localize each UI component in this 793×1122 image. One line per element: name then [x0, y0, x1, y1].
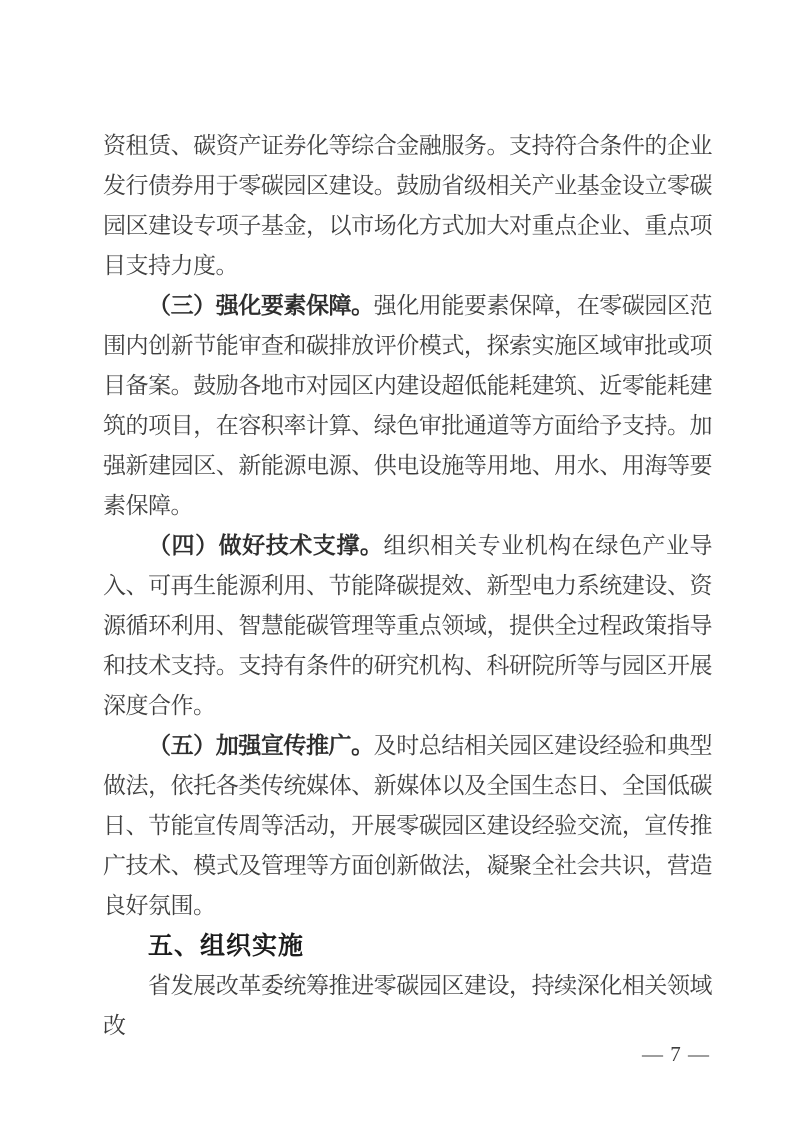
document-page: 资租赁、碳资产证券化等综合金融服务。支持符合条件的企业发行债券用于零碳园区建设。…: [0, 0, 793, 1122]
paragraph-bold-lead: （三）强化要素保障。: [148, 293, 374, 318]
document-body: 资租赁、碳资产证券化等综合金融服务。支持符合条件的企业发行债券用于零碳园区建设。…: [103, 126, 712, 1046]
paragraph-bold-lead: （四）做好技术支撑。: [148, 533, 383, 558]
paragraph-text: 及时总结相关园区建设经验和典型做法，依托各类传统媒体、新媒体以及全国生态日、全国…: [103, 733, 712, 918]
page-number: — 7 —: [642, 1040, 710, 1068]
paragraph-closing: 省发展改革委统筹推进零碳园区建设，持续深化相关领域改: [103, 966, 712, 1046]
paragraph-bold-lead: （五）加强宣传推广。: [148, 733, 374, 758]
paragraph-item-4: （四）做好技术支撑。组织相关专业机构在绿色产业导入、可再生能源利用、节能降碳提效…: [103, 526, 712, 726]
section-heading: 五、组织实施: [103, 926, 712, 966]
paragraph-item-3: （三）强化要素保障。强化用能要素保障，在零碳园区范围内创新节能审查和碳排放评价模…: [103, 286, 712, 526]
paragraph-text: 组织相关专业机构在绿色产业导入、可再生能源利用、节能降碳提效、新型电力系统建设、…: [103, 533, 712, 718]
paragraph-text: 资租赁、碳资产证券化等综合金融服务。支持符合条件的企业发行债券用于零碳园区建设。…: [103, 133, 712, 278]
paragraph-continuation: 资租赁、碳资产证券化等综合金融服务。支持符合条件的企业发行债券用于零碳园区建设。…: [103, 126, 712, 286]
paragraph-text: 省发展改革委统筹推进零碳园区建设，持续深化相关领域改: [103, 973, 712, 1038]
paragraph-text: 强化用能要素保障，在零碳园区范围内创新节能审查和碳排放评价模式，探索实施区域审批…: [103, 293, 712, 518]
paragraph-item-5: （五）加强宣传推广。及时总结相关园区建设经验和典型做法，依托各类传统媒体、新媒体…: [103, 726, 712, 926]
